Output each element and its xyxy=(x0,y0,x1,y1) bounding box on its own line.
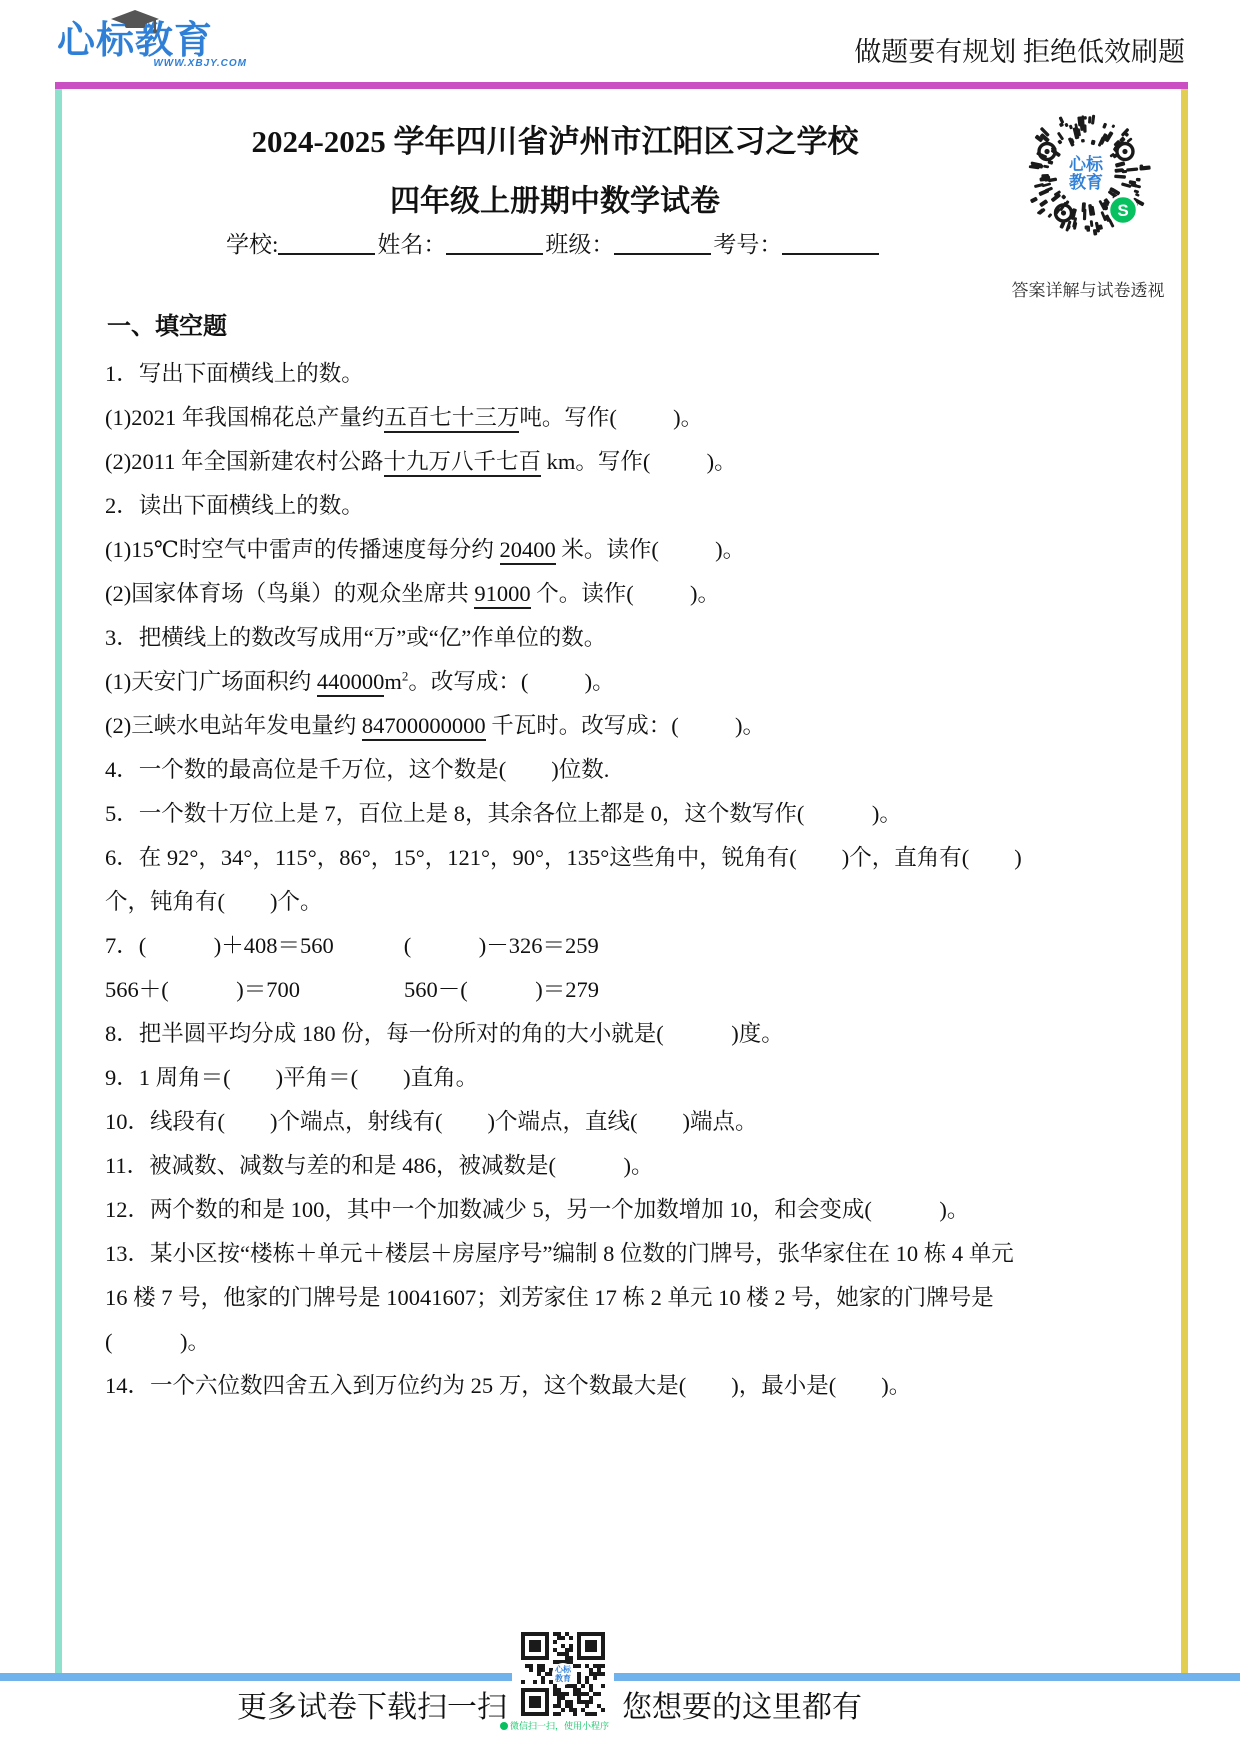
question-text: 米。读作( )。 xyxy=(556,537,745,562)
question-line: (1)15℃时空气中雷声的传播速度每分约 20400 米。读作( )。 xyxy=(105,537,1139,562)
section-heading: 一、填空题 xyxy=(107,306,1139,341)
question-text: 11．被减数、减数与差的和是 486，被减数是( )。 xyxy=(105,1153,654,1178)
question-line: (1)2021 年我国棉花总产量约五百七十三万吨。写作( )。 xyxy=(105,405,1139,430)
content-border-right xyxy=(1181,89,1188,1673)
student-field: 班级： xyxy=(545,232,711,257)
question-text: 9．1 周角＝( )平角＝( )直角。 xyxy=(105,1065,478,1090)
question-text: (2)2011 年全国新建农村公路 xyxy=(105,449,384,474)
question-text: 。改写成：( )。 xyxy=(408,669,614,694)
exam-paper-page: 心标教育 WWW.XBJY.COM 做题要有规划 拒绝低效刷题 2024-202… xyxy=(0,0,1240,1754)
spacer xyxy=(334,952,404,953)
svg-text:教育: 教育 xyxy=(554,1673,571,1683)
student-field-blank xyxy=(446,230,543,255)
question-line: (2)三峡水电站年发电量约 84700000000 千瓦时。改写成：( )。 xyxy=(105,713,1139,738)
underlined-number: 440000 xyxy=(317,669,385,697)
question-text: 566＋( )＝700 xyxy=(105,977,300,1002)
question-text: 千瓦时。改写成：( )。 xyxy=(486,713,765,738)
header-divider-line xyxy=(55,82,1188,89)
question-section: 一、填空题 1．写出下面横线上的数。(1)2021 年我国棉花总产量约五百七十三… xyxy=(105,306,1139,1417)
underlined-number: 84700000000 xyxy=(362,713,486,741)
question-line: 6．在 92°，34°，115°，86°，15°，121°，90°，135°这些… xyxy=(105,845,1139,870)
question-text: 7．( )＋408＝560 xyxy=(105,933,334,958)
question-line: 9．1 周角＝( )平角＝( )直角。 xyxy=(105,1065,1139,1090)
question-text: 5．一个数十万位上是 7，百位上是 8，其余各位上都是 0，这个数写作( )。 xyxy=(105,801,902,826)
question-line: (1)天安门广场面积约 440000m2。改写成：( )。 xyxy=(105,669,1139,694)
svg-text:心标: 心标 xyxy=(554,1664,572,1674)
svg-text:S: S xyxy=(1117,201,1128,220)
download-qr-caption: 微信扫一扫，使用小程序 xyxy=(500,1719,630,1732)
brand-logo: 心标教育 WWW.XBJY.COM xyxy=(57,20,247,80)
underlined-number: 五百七十三万 xyxy=(384,405,519,433)
answer-qr-caption: 答案详解与试卷透视 xyxy=(1002,276,1174,301)
question-text: (1)天安门广场面积约 xyxy=(105,669,317,694)
question-text: 10．线段有( )个端点，射线有( )个端点，直线( )端点。 xyxy=(105,1109,757,1134)
footer-right-text: 您想要的这里都有 xyxy=(622,1682,862,1726)
question-list: 1．写出下面横线上的数。(1)2021 年我国棉花总产量约五百七十三万吨。写作(… xyxy=(105,361,1139,1398)
question-line: ( )。 xyxy=(105,1329,1139,1354)
student-field-label: 考号： xyxy=(713,232,782,257)
question-line: (2)2011 年全国新建农村公路十九万八千七百 km。写作( )。 xyxy=(105,449,1139,474)
question-line: 13．某小区按“楼栋＋单元＋楼层＋房屋序号”编制 8 位数的门牌号，张华家住在 … xyxy=(105,1241,1139,1266)
student-info-row: 学校:姓名：班级：考号： xyxy=(226,226,881,259)
header-slogan: 做题要有规划 拒绝低效刷题 xyxy=(854,30,1185,69)
question-line: 2．读出下面横线上的数。 xyxy=(105,493,1139,518)
question-text: 3．把横线上的数改写成用“万”或“亿”作单位的数。 xyxy=(105,625,606,650)
wechat-icon xyxy=(500,1722,508,1730)
student-field-blank xyxy=(782,230,879,255)
underlined-number: 十九万八千七百 xyxy=(384,449,542,477)
question-text: 8．把半圆平均分成 180 份，每一份所对的角的大小就是( )度。 xyxy=(105,1021,784,1046)
footer-left-text: 更多试卷下载扫一扫 xyxy=(237,1682,507,1726)
question-text: ( )－326＝259 xyxy=(404,933,599,958)
spacer xyxy=(300,996,404,997)
question-line: 566＋( )＝700560－( )＝279 xyxy=(105,977,1139,1002)
question-text: 14．一个六位数四舍五入到万位约为 25 万，这个数最大是( )，最小是( )。 xyxy=(105,1373,911,1398)
question-line: 4．一个数的最高位是千万位，这个数是( )位数. xyxy=(105,757,1139,782)
paper-title-line2: 四年级上册期中数学试卷 xyxy=(105,176,1005,220)
question-text: 16 楼 7 号，他家的门牌号是 10041607；刘芳家住 17 栋 2 单元… xyxy=(105,1285,994,1310)
answer-qr-code: 心标教育S xyxy=(1020,108,1152,240)
footer-divider-line xyxy=(0,1673,1240,1681)
question-text: 个。读作( )。 xyxy=(531,581,720,606)
question-text: 12．两个数的和是 100，其中一个加数减少 5，另一个加数增加 10，和会变成… xyxy=(105,1197,969,1222)
question-text: 1．写出下面横线上的数。 xyxy=(105,361,364,386)
question-line: 8．把半圆平均分成 180 份，每一份所对的角的大小就是( )度。 xyxy=(105,1021,1139,1046)
question-line: 10．线段有( )个端点，射线有( )个端点，直线( )端点。 xyxy=(105,1109,1139,1134)
question-line: 5．一个数十万位上是 7，百位上是 8，其余各位上都是 0，这个数写作( )。 xyxy=(105,801,1139,826)
question-line: 3．把横线上的数改写成用“万”或“亿”作单位的数。 xyxy=(105,625,1139,650)
question-text: (1)2021 年我国棉花总产量约 xyxy=(105,405,384,430)
question-line: 1．写出下面横线上的数。 xyxy=(105,361,1139,386)
question-line: 11．被减数、减数与差的和是 486，被减数是( )。 xyxy=(105,1153,1139,1178)
svg-text:心标: 心标 xyxy=(1069,154,1104,174)
question-text: 4．一个数的最高位是千万位，这个数是( )位数. xyxy=(105,757,609,782)
graduation-cap-icon xyxy=(109,8,161,34)
question-line: 个，钝角有( )个。 xyxy=(105,889,1139,914)
question-text: 2．读出下面横线上的数。 xyxy=(105,493,364,518)
question-text: 13．某小区按“楼栋＋单元＋楼层＋房屋序号”编制 8 位数的门牌号，张华家住在 … xyxy=(105,1241,1014,1266)
question-line: 12．两个数的和是 100，其中一个加数减少 5，另一个加数增加 10，和会变成… xyxy=(105,1197,1139,1222)
question-text: 6．在 92°，34°，115°，86°，15°，121°，90°，135°这些… xyxy=(105,845,1022,870)
question-line: 16 楼 7 号，他家的门牌号是 10041607；刘芳家住 17 栋 2 单元… xyxy=(105,1285,1139,1310)
question-text: 560－( )＝279 xyxy=(404,977,599,1002)
content-border-left xyxy=(55,89,62,1673)
question-text: ( )。 xyxy=(105,1329,210,1354)
student-field-blank xyxy=(614,230,711,255)
underlined-number: 91000 xyxy=(474,581,530,609)
question-text: (2)三峡水电站年发电量约 xyxy=(105,713,362,738)
student-field: 姓名： xyxy=(377,232,543,257)
question-line: 7．( )＋408＝560( )－326＝259 xyxy=(105,933,1139,958)
student-field-label: 姓名： xyxy=(377,232,446,257)
question-text: m xyxy=(384,669,402,694)
download-qr-code: 心标教育 xyxy=(512,1630,614,1723)
student-field-label: 学校: xyxy=(226,232,278,257)
student-field: 学校: xyxy=(226,232,375,257)
student-field: 考号： xyxy=(713,232,879,257)
underlined-number: 20400 xyxy=(500,537,556,565)
svg-text:教育: 教育 xyxy=(1069,172,1103,192)
question-text: 个，钝角有( )个。 xyxy=(105,889,323,914)
student-field-label: 班级： xyxy=(545,232,614,257)
question-text: (2)国家体育场（鸟巢）的观众坐席共 xyxy=(105,581,474,606)
question-text: 吨。写作( )。 xyxy=(519,405,703,430)
question-line: (2)国家体育场（鸟巢）的观众坐席共 91000 个。读作( )。 xyxy=(105,581,1139,606)
question-text: km。写作( )。 xyxy=(541,449,737,474)
question-line: 14．一个六位数四舍五入到万位约为 25 万，这个数最大是( )，最小是( )。 xyxy=(105,1373,1139,1398)
student-field-blank xyxy=(278,230,375,255)
question-text: (1)15℃时空气中雷声的传播速度每分约 xyxy=(105,537,500,562)
paper-title-line1: 2024-2025 学年四川省泸州市江阳区习之学校 xyxy=(105,116,1005,161)
